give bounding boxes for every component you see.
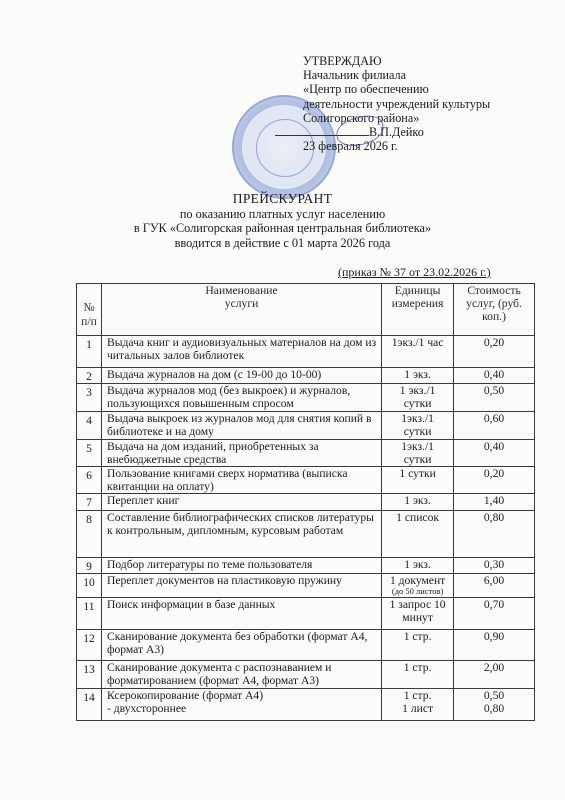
- table-row: 8Составление библиографических списков л…: [77, 510, 535, 557]
- unit-cell: 1 документ(до 50 листов): [382, 573, 454, 597]
- approval-date: 23 февраля 2026 г.: [303, 139, 490, 153]
- approval-block: УТВЕРЖДАЮ Начальник филиала «Центр по об…: [303, 54, 490, 153]
- header-name-line1: Наименование: [106, 284, 377, 297]
- service-cell: Переплет книг: [101, 494, 381, 510]
- price-value: 0,60: [458, 412, 530, 425]
- unit-cell: 1 стр.: [382, 660, 454, 688]
- table-row: 9Подбор литературы по теме пользователя1…: [77, 557, 535, 573]
- row-number: 1: [77, 336, 102, 368]
- header-num: № п/п: [77, 284, 102, 336]
- service-name: Сканирование документа без обработки (фо…: [107, 630, 377, 656]
- service-name: Переплет книг: [107, 494, 377, 507]
- table-row: 6Пользование книгами сверх норматива (вы…: [77, 467, 535, 494]
- unit-value: 1 список: [386, 511, 449, 524]
- service-name-sub: - двухстороннее: [107, 702, 377, 715]
- price-cell: 0,500,80: [454, 688, 535, 720]
- unit-cell: 1 стр.1 лист: [382, 688, 454, 720]
- service-name: Сканирование документа с распознаванием …: [107, 661, 377, 687]
- unit-value: 1 экз.: [386, 368, 449, 381]
- title-line3: вводится в действие с 01 марта 2026 года: [0, 236, 565, 251]
- row-number: 3: [77, 384, 102, 411]
- unit-cell: 1 экз./1 сутки: [382, 384, 454, 411]
- service-cell: Сканирование документа с распознаванием …: [101, 660, 381, 688]
- row-number: 12: [77, 629, 102, 660]
- approval-org-line3: Солигорского района»: [303, 111, 490, 125]
- price-cell: 0,30: [454, 557, 535, 573]
- order-reference: (приказ № 37 от 23.02.2026 г.): [338, 265, 491, 280]
- table-row: 11Поиск информации в базе данных1 запрос…: [77, 597, 535, 629]
- unit-value: 1 стр.: [386, 630, 449, 643]
- service-name: Ксерокопирование (формат А4): [107, 689, 377, 702]
- header-price: Стоимость услуг, (руб. коп.): [454, 284, 535, 336]
- price-value: 0,90: [458, 630, 530, 643]
- price-value: 0,70: [458, 598, 530, 611]
- unit-cell: 1 экз.: [382, 494, 454, 510]
- service-name: Выдача журналов на дом (с 19-00 до 10-00…: [107, 368, 377, 381]
- table-row: 4Выдача выкроек из журналов мод для снят…: [77, 411, 535, 439]
- unit-cell: 1экз./1 сутки: [382, 439, 454, 466]
- unit-value: 1 стр.: [386, 661, 449, 674]
- unit-sub: 1 лист: [386, 702, 449, 715]
- price-cell: 0,80: [454, 510, 535, 557]
- table-row: 12Сканирование документа без обработки (…: [77, 629, 535, 660]
- price-cell: 0,70: [454, 597, 535, 629]
- price-value: 0,40: [458, 440, 530, 453]
- price-value: 0,80: [458, 511, 530, 524]
- price-cell: 2,00: [454, 660, 535, 688]
- table-row: 14Ксерокопирование (формат А4)- двухстор…: [77, 688, 535, 720]
- service-name: Выдача книг и аудиовизуальных материалов…: [107, 336, 377, 362]
- document-title: ПРЕЙСКУРАНТ по оказанию платных услуг на…: [0, 192, 565, 250]
- row-number: 7: [77, 494, 102, 510]
- service-cell: Выдача выкроек из журналов мод для сняти…: [101, 411, 381, 439]
- unit-value: 1 запрос 10 минут: [386, 598, 449, 624]
- unit-value: 1экз./1 сутки: [386, 412, 449, 438]
- title-main: ПРЕЙСКУРАНТ: [0, 192, 565, 207]
- price-value: 0,20: [458, 336, 530, 349]
- row-number: 9: [77, 557, 102, 573]
- table-row: 2Выдача журналов на дом (с 19-00 до 10-0…: [77, 368, 535, 384]
- service-cell: Выдача журналов мод (без выкроек) и журн…: [101, 384, 381, 411]
- price-cell: 0,90: [454, 629, 535, 660]
- title-line1: по оказанию платных услуг населению: [0, 207, 565, 222]
- header-name: Наименование услуги: [101, 284, 381, 336]
- service-name: Выдача журналов мод (без выкроек) и журн…: [107, 384, 377, 410]
- unit-value: 1экз./1 сутки: [386, 440, 449, 466]
- header-name-line2: услуги: [106, 297, 377, 310]
- unit-value: 1 экз.: [386, 558, 449, 571]
- price-cell: 1,40: [454, 494, 535, 510]
- price-table: № п/п Наименование услуги Единицы измере…: [76, 283, 535, 721]
- approval-position: Начальник филиала: [303, 68, 490, 82]
- row-number: 2: [77, 368, 102, 384]
- service-name: Пользование книгами сверх норматива (вып…: [107, 467, 377, 493]
- approval-org-line1: «Центр по обеспечению: [303, 82, 490, 96]
- service-cell: Ксерокопирование (формат А4)- двухсторон…: [101, 688, 381, 720]
- price-cell: 0,50: [454, 384, 535, 411]
- table-row: 10Переплет документов на пластиковую пру…: [77, 573, 535, 597]
- row-number: 4: [77, 411, 102, 439]
- unit-cell: 1 стр.: [382, 629, 454, 660]
- row-number: 8: [77, 510, 102, 557]
- table-row: 13Сканирование документа с распознавание…: [77, 660, 535, 688]
- price-value: 0,30: [458, 558, 530, 571]
- service-cell: Составление библиографических списков ли…: [101, 510, 381, 557]
- unit-cell: 1 запрос 10 минут: [382, 597, 454, 629]
- row-number: 13: [77, 660, 102, 688]
- approval-heading: УТВЕРЖДАЮ: [303, 54, 490, 68]
- table-header-row: № п/п Наименование услуги Единицы измере…: [77, 284, 535, 336]
- price-value: 6,00: [458, 574, 530, 587]
- service-cell: Переплет документов на пластиковую пружи…: [101, 573, 381, 597]
- price-value: 1,40: [458, 494, 530, 507]
- price-cell: 0,40: [454, 439, 535, 466]
- unit-cell: 1экз./1 час: [382, 336, 454, 368]
- service-cell: Выдача книг и аудиовизуальных материалов…: [101, 336, 381, 368]
- unit-note: (до 50 листов): [386, 587, 449, 596]
- unit-cell: 1 экз.: [382, 368, 454, 384]
- price-value: 0,20: [458, 467, 530, 480]
- table-row: 7Переплет книг1 экз.1,40: [77, 494, 535, 510]
- unit-value: 1 экз.: [386, 494, 449, 507]
- service-cell: Пользование книгами сверх норматива (вып…: [101, 467, 381, 494]
- service-cell: Выдача на дом изданий, приобретенных за …: [101, 439, 381, 466]
- service-cell: Сканирование документа без обработки (фо…: [101, 629, 381, 660]
- approval-org-line2: деятельности учреждений культуры: [303, 97, 490, 111]
- header-unit: Единицы измерения: [382, 284, 454, 336]
- unit-cell: 1 экз.: [382, 557, 454, 573]
- table-row: 1Выдача книг и аудиовизуальных материало…: [77, 336, 535, 368]
- service-cell: Выдача журналов на дом (с 19-00 до 10-00…: [101, 368, 381, 384]
- unit-value: 1 сутки: [386, 467, 449, 480]
- price-value: 2,00: [458, 661, 530, 674]
- price-value: 0,40: [458, 368, 530, 381]
- table-row: 3Выдача журналов мод (без выкроек) и жур…: [77, 384, 535, 411]
- price-cell: 0,40: [454, 368, 535, 384]
- price-value: 0,50: [458, 384, 530, 397]
- service-name: Переплет документов на пластиковую пружи…: [107, 574, 377, 587]
- price-value: 0,50: [458, 689, 530, 702]
- title-line2: в ГУК «Солигорская районная центральная …: [0, 221, 565, 236]
- row-number: 14: [77, 688, 102, 720]
- service-cell: Подбор литературы по теме пользователя: [101, 557, 381, 573]
- row-number: 11: [77, 597, 102, 629]
- price-cell: 0,20: [454, 467, 535, 494]
- price-sub: 0,80: [458, 702, 530, 715]
- price-cell: 6,00: [454, 573, 535, 597]
- unit-cell: 1экз./1 сутки: [382, 411, 454, 439]
- unit-value: 1экз./1 час: [386, 336, 449, 349]
- service-cell: Поиск информации в базе данных: [101, 597, 381, 629]
- unit-cell: 1 сутки: [382, 467, 454, 494]
- row-number: 6: [77, 467, 102, 494]
- table-row: 5Выдача на дом изданий, приобретенных за…: [77, 439, 535, 466]
- price-cell: 0,20: [454, 336, 535, 368]
- unit-value: 1 стр.: [386, 689, 449, 702]
- unit-cell: 1 список: [382, 510, 454, 557]
- row-number: 10: [77, 573, 102, 597]
- service-name: Подбор литературы по теме пользователя: [107, 558, 377, 571]
- unit-value: 1 экз./1 сутки: [386, 384, 449, 410]
- service-name: Составление библиографических списков ли…: [107, 511, 377, 537]
- service-name: Выдача выкроек из журналов мод для сняти…: [107, 412, 377, 438]
- service-name: Поиск информации в базе данных: [107, 598, 377, 611]
- service-name: Выдача на дом изданий, приобретенных за …: [107, 440, 377, 466]
- row-number: 5: [77, 439, 102, 466]
- price-cell: 0,60: [454, 411, 535, 439]
